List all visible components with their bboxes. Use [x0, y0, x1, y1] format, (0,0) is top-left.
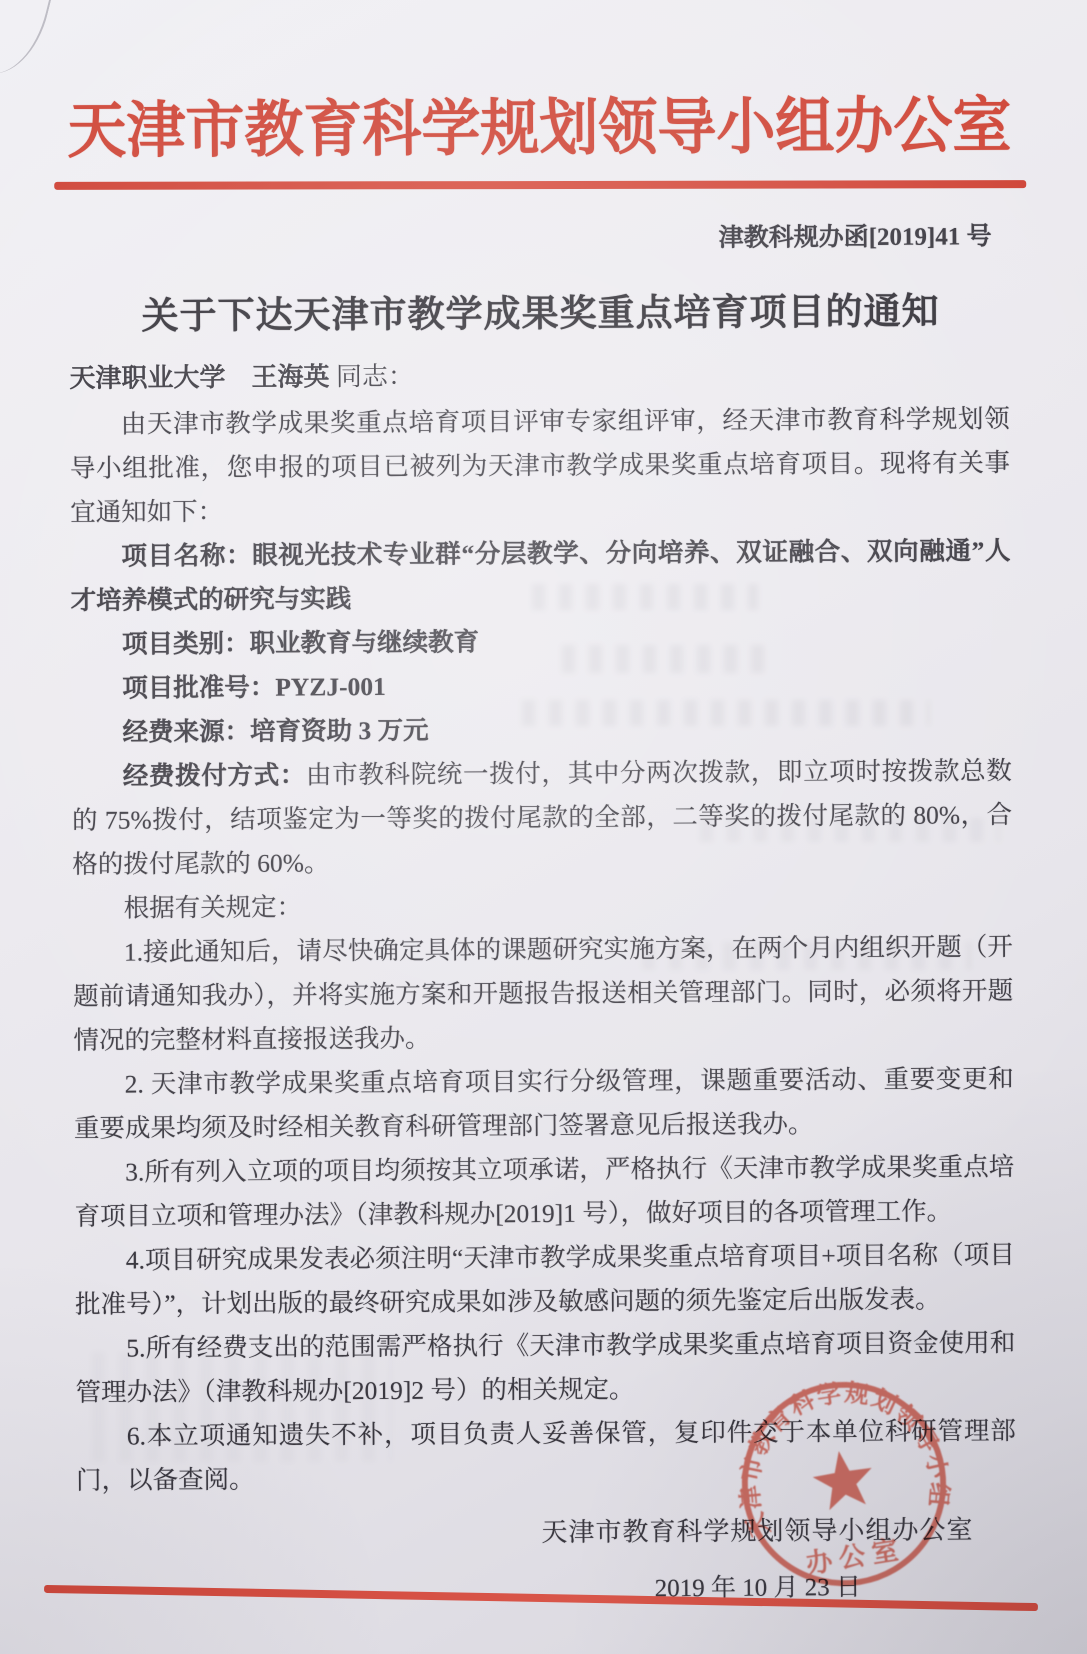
- document-reference-number: 津教科规办函[2019]41 号: [0, 216, 992, 258]
- payment-method-label: 经费拨付方式：: [123, 760, 306, 790]
- official-red-seal: 天津市教育科学规划领导小组 办公室: [720, 1360, 967, 1607]
- letterhead-org-name: 天津市教育科学规划领导小组办公室: [34, 75, 1046, 170]
- intro-paragraph: 由天津市教学成果奖重点培育项目评审专家组评审，经天津市教育科学规划领导小组批准，…: [70, 397, 1011, 535]
- basis-line: 根据有关规定：: [73, 881, 1013, 931]
- numbered-item-4: 4.项目研究成果发表必须注明“天津市教学成果奖重点培育项目+项目名称（项目批准号…: [75, 1233, 1016, 1327]
- letterhead-divider-rule: [54, 180, 1026, 190]
- seal-star-icon: [809, 1446, 877, 1511]
- scanned-official-letter: 天津市教育科学规划领导小组办公室 津教科规办函[2019]41 号 关于下达天津…: [0, 0, 1087, 1654]
- project-category-line: 项目类别：职业教育与继续教育: [71, 617, 1011, 667]
- funding-source-line: 经费来源：培育资助 3 万元: [71, 705, 1011, 755]
- numbered-item-3: 3.所有列入立项的项目均须按其立项承诺，严格执行《天津市教学成果奖重点培育项目立…: [74, 1145, 1015, 1239]
- numbered-item-2: 2. 天津市教学成果奖重点培育项目实行分级管理，课题重要活动、重要变更和重要成果…: [74, 1057, 1015, 1151]
- addressee-name: 天津职业大学 王海英: [69, 362, 329, 393]
- document-title: 关于下达天津市教学成果奖重点培育项目的通知: [37, 280, 1044, 340]
- addressee-line: 天津职业大学 王海英 同志：: [69, 352, 1009, 395]
- approval-number-line: 项目批准号：PYZJ-001: [71, 661, 1011, 711]
- payment-method-line: 经费拨付方式：由市教科院统一拨付，其中分两次拨款，即立项时按拨款总数的 75%拨…: [72, 749, 1013, 887]
- project-name-line: 项目名称：眼视光技术专业群“分层教学、分向培养、双证融合、双向融通”人才培养模式…: [70, 529, 1011, 623]
- numbered-item-1: 1.接此通知后，请尽快确定具体的课题研究实施方案，在两个月内组织开题（开题前请通…: [73, 925, 1014, 1063]
- letter-body: 由天津市教学成果奖重点培育项目评审专家组评审，经天津市教育科学规划领导小组批准，…: [70, 397, 1017, 1503]
- addressee-suffix: 同志：: [329, 362, 414, 392]
